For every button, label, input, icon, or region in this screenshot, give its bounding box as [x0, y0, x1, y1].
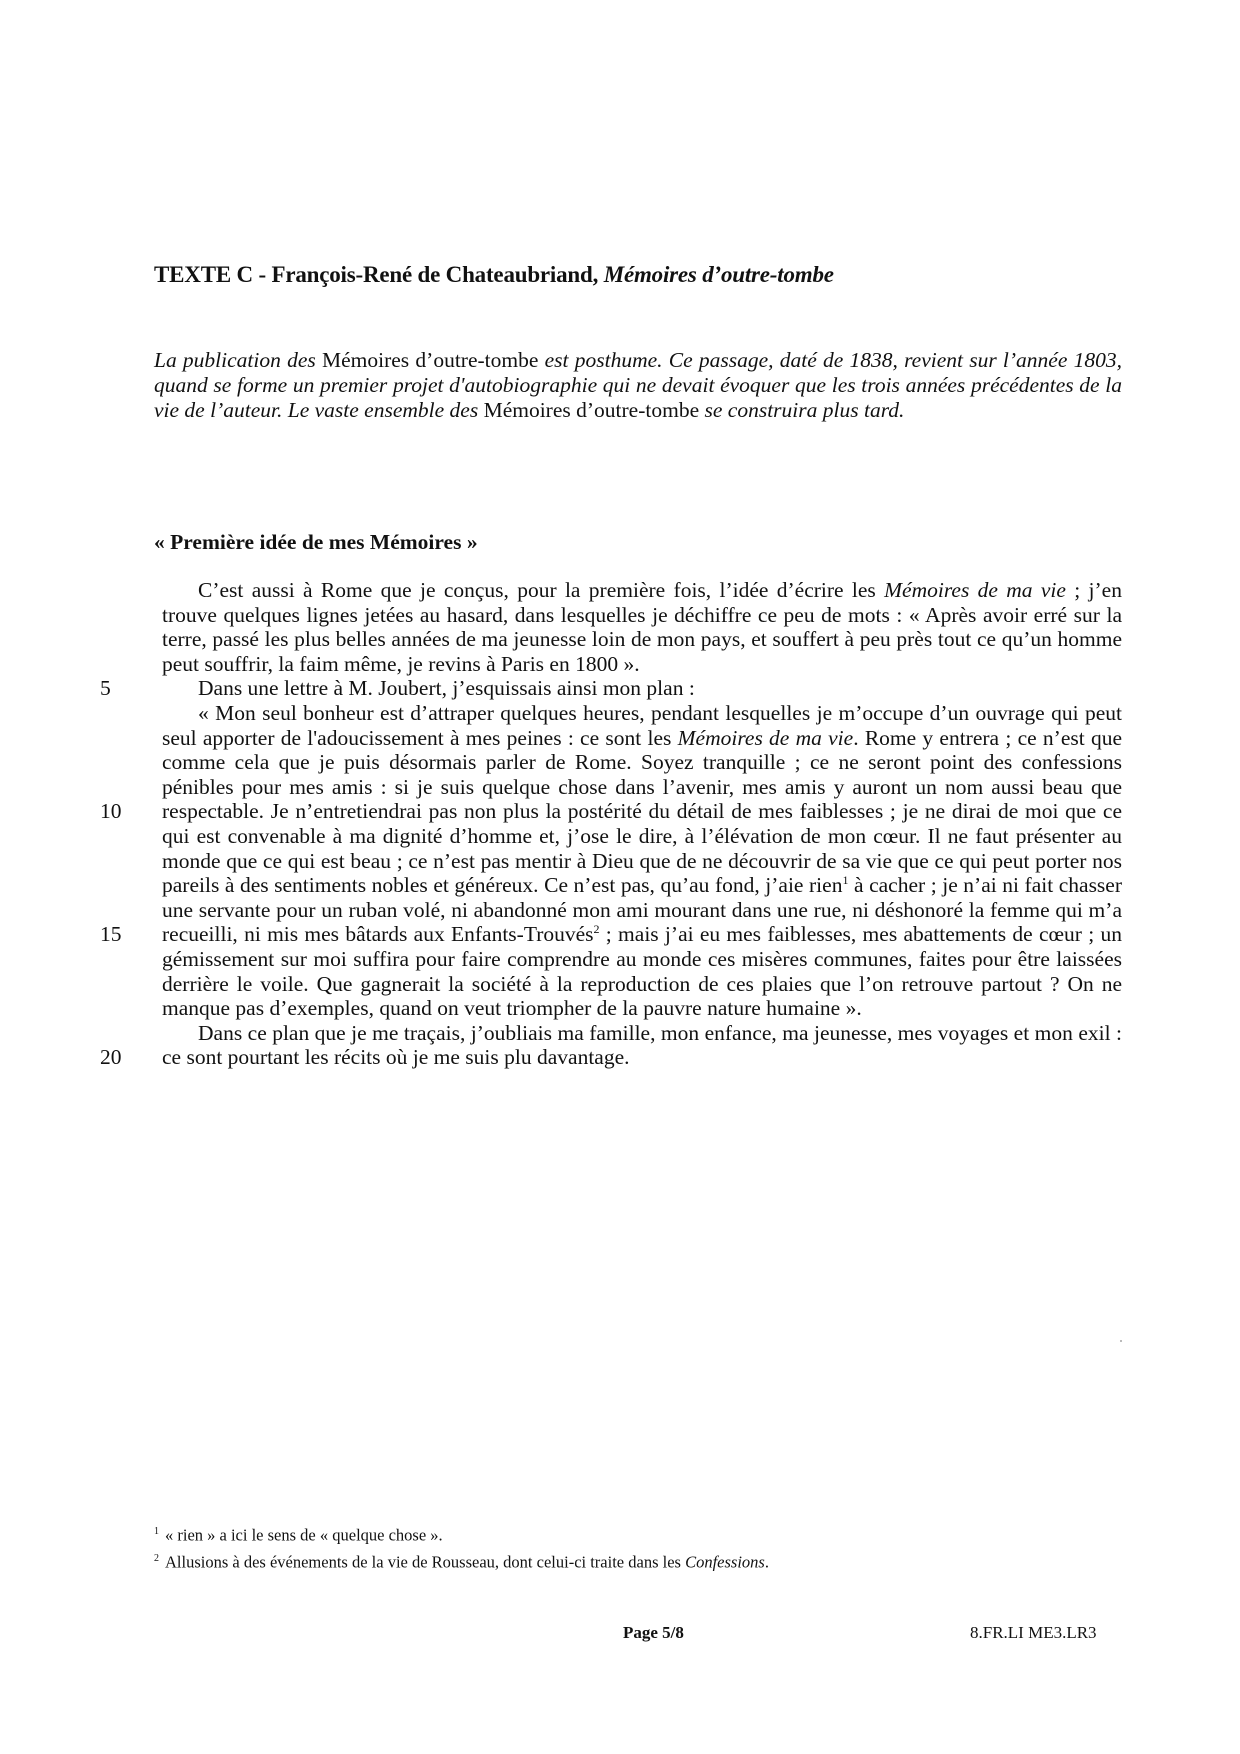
- footnote-italic: Confessions: [685, 1552, 765, 1571]
- title-work: Mémoires d’outre-tombe: [604, 262, 834, 287]
- footnote-text: Allusions à des événements de la vie de …: [165, 1552, 685, 1571]
- footnote-text: « rien » a ici le sens de « quelque chos…: [165, 1526, 443, 1545]
- intro-work-name: Mémoires d’outre-tombe: [322, 348, 538, 372]
- line-number: 20: [100, 1045, 122, 1070]
- footnote-number: 1: [154, 1526, 159, 1537]
- document-title: TEXTE C - François-René de Chateaubriand…: [154, 262, 834, 288]
- scan-speck: [1120, 1340, 1122, 1342]
- footnote-text: .: [765, 1552, 769, 1571]
- footnote: 2Allusions à des événements de la vie de…: [154, 1547, 1054, 1574]
- intro-text: La publication des: [154, 348, 322, 372]
- excerpt-title: « Première idée de mes Mémoires »: [154, 530, 478, 555]
- intro-work-name: Mémoires d’outre-tombe: [484, 398, 700, 422]
- paragraph: Dans ce plan que je me traçais, j’oublia…: [162, 1021, 1122, 1070]
- excerpt-body: C’est aussi à Rome que je conçus, pour l…: [162, 578, 1122, 1070]
- line-number: 5: [100, 676, 111, 701]
- line-number: 15: [100, 922, 122, 947]
- footnote-number: 2: [154, 1553, 159, 1564]
- line-number: 10: [100, 799, 122, 824]
- footnote: 1« rien » a ici le sens de « quelque cho…: [154, 1520, 1054, 1547]
- paragraph: « Mon seul bonheur est d’attraper quelqu…: [162, 701, 1122, 1021]
- text: . Rome y entrera ; ce n’est que comme ce…: [162, 726, 1122, 898]
- footnotes: 1« rien » a ici le sens de « quelque cho…: [154, 1520, 1054, 1573]
- italic-text: Mémoires de ma vie: [678, 726, 854, 750]
- paragraph: Dans une lettre à M. Joubert, j’esquissa…: [162, 676, 1122, 701]
- page-number: Page 5/8: [623, 1623, 684, 1643]
- title-prefix: TEXTE C - François-René de Chateaubriand…: [154, 262, 604, 287]
- intro-paragraph: La publication des Mémoires d’outre-tomb…: [154, 348, 1122, 423]
- italic-text: Mémoires de ma vie: [884, 578, 1066, 602]
- document-page: TEXTE C - François-René de Chateaubriand…: [0, 0, 1240, 1754]
- text: C’est aussi à Rome que je conçus, pour l…: [198, 578, 884, 602]
- intro-text: se construira plus tard.: [699, 398, 904, 422]
- document-code: 8.FR.LI ME3.LR3: [970, 1623, 1097, 1643]
- paragraph: C’est aussi à Rome que je conçus, pour l…: [162, 578, 1122, 676]
